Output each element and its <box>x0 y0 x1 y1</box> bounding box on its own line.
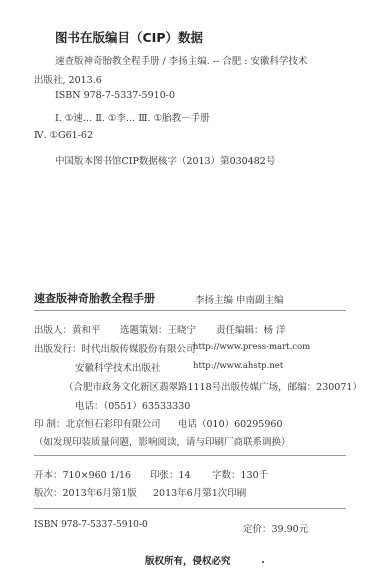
quality-notice: （如发现印装质量问题，影响阅读，请与印刷厂商联系调换） <box>34 434 291 448</box>
footer-isbn: ISBN 978-7-5337-5910-0 <box>34 520 148 530</box>
book-format: 开本：710×960 1/16 <box>34 467 131 481</box>
printer: 印 制：北京恒石彩印有限公司 <box>34 416 161 430</box>
cip-classification-1: Ⅰ. ①速… Ⅱ. ①李… Ⅲ. ①胎教－手册 <box>55 110 210 124</box>
topic-planner: 选题策划：王晓宁 <box>120 322 196 336</box>
cip-heading: 图书在版编目（CIP）数据 <box>55 28 203 46</box>
press-phone: 电话：（0551）63533330 <box>75 398 190 412</box>
book-editors: 李扬主编 申南副主编 <box>195 292 284 306</box>
cip-number: 中国版本图书馆CIP数据核字（2013）第030482号 <box>55 153 275 167</box>
press-name: 安徽科学技术出版社 <box>75 360 161 374</box>
distributor-url: http://www.press-mart.com <box>193 342 310 352</box>
book-title: 速查版神奇胎教全程手册 <box>34 290 155 306</box>
printer-phone: 电话（010）60295960 <box>178 416 283 430</box>
printed-sheets: 印张：14 <box>150 467 191 481</box>
cip-isbn: ISBN 978-7-5337-5910-0 <box>55 90 175 101</box>
cip-entry-line-1: 速查版神奇胎教全程手册 / 李扬主编. -- 合肥 : 安徽科学技术 <box>55 53 307 67</box>
printing: 2013年6月第1次印刷 <box>153 485 246 499</box>
press-url: http://www.ahstp.net <box>193 361 283 371</box>
cip-classification-2: Ⅳ. ①G61-62 <box>34 130 93 141</box>
distributor: 出版发行：时代出版传媒股份有限公司 <box>34 341 196 355</box>
word-count: 字数：130千 <box>212 467 268 481</box>
divider <box>34 508 346 509</box>
press-address: （合肥市政务文化新区翡翠路1118号出版传媒广场，邮编：230071） <box>64 379 362 393</box>
edition: 版次：2013年6月第1版 <box>34 485 137 499</box>
publisher-person: 出版人：黄和平 <box>34 322 101 336</box>
editor-in-charge: 责任编辑：杨 洋 <box>216 322 286 336</box>
cip-entry-line-2: 出版社, 2013.6 <box>34 72 102 86</box>
speck <box>262 561 264 563</box>
divider <box>34 310 346 311</box>
copyright-notice: 版权所有，侵权必究 <box>145 553 231 567</box>
divider <box>34 455 346 456</box>
price: 定价：39.90元 <box>243 521 308 535</box>
